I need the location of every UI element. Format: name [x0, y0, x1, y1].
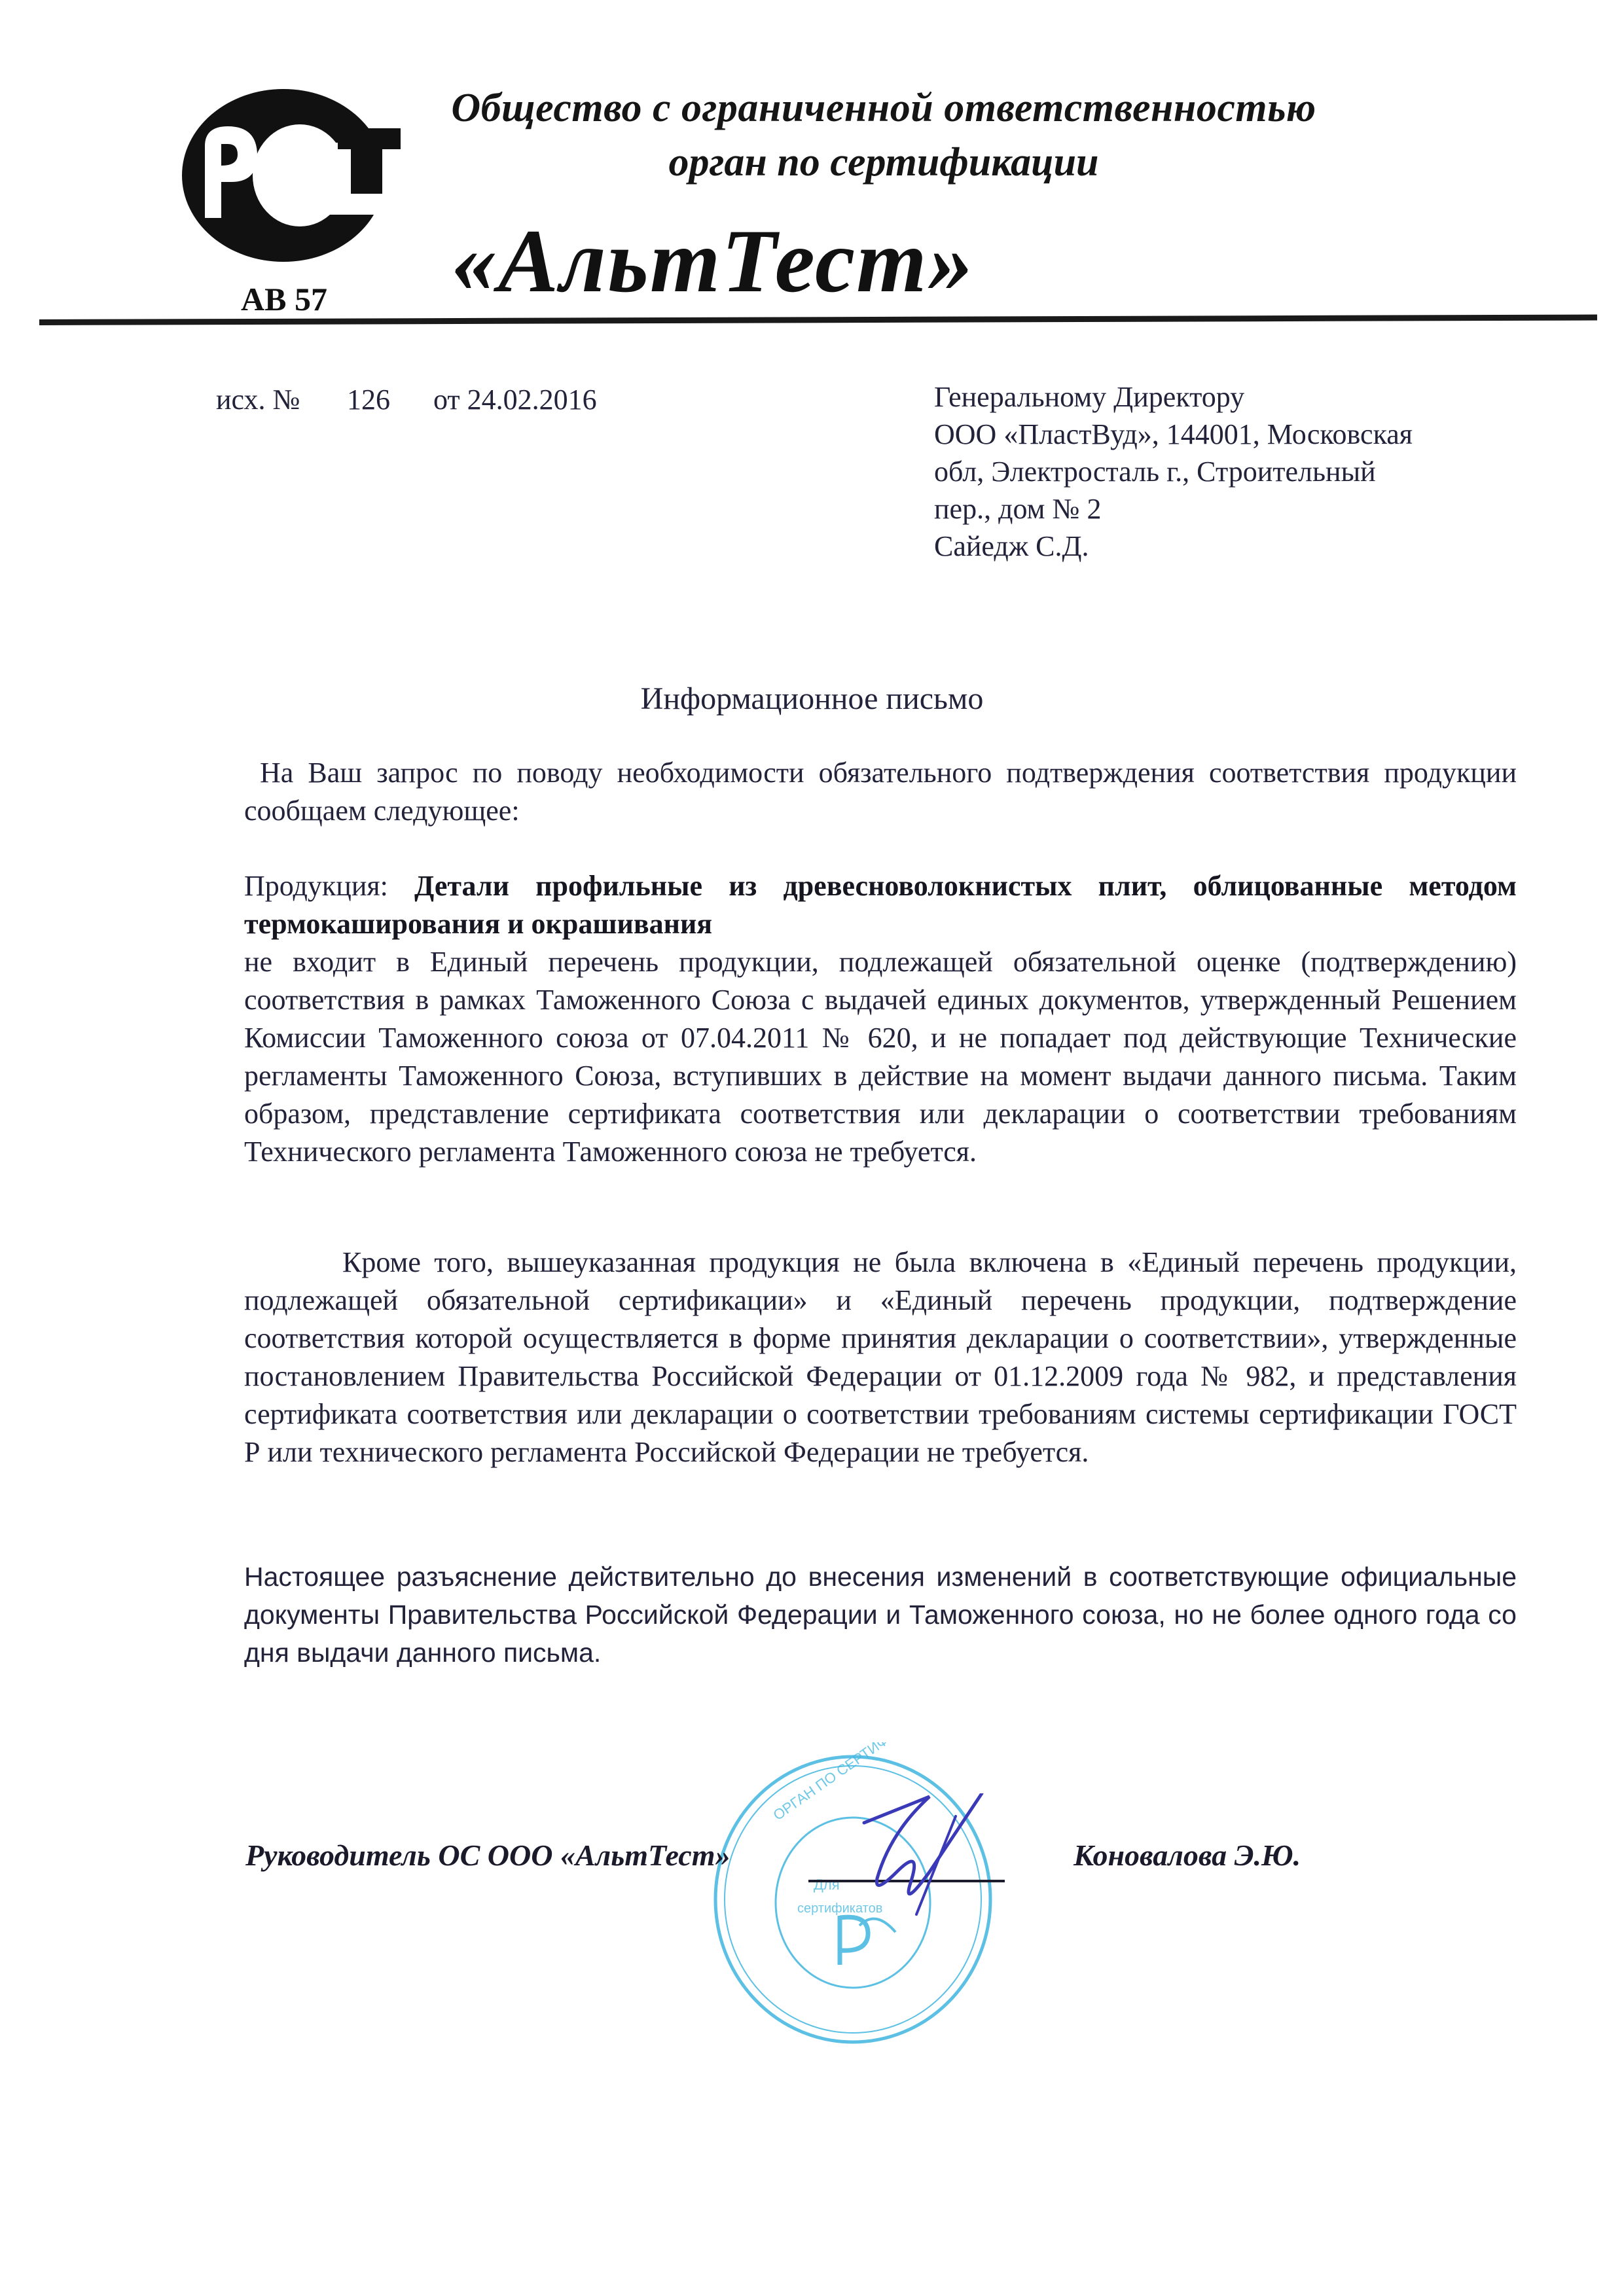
svg-text:Для: Для — [814, 1876, 840, 1893]
addressee-line: пер., дом № 2 — [934, 490, 1413, 528]
certification-code: АВ 57 — [241, 280, 327, 318]
reference-date: от 24.02.2016 — [433, 383, 597, 416]
org-name-line1: Общество с ограниченной ответственностью — [419, 85, 1348, 132]
product-label: Продукция: — [244, 870, 388, 902]
product-paragraph: Продукция: Детали профильные из древесно… — [244, 867, 1517, 1171]
addressee-block: Генеральному Директору ООО «ПластВуд», 1… — [934, 378, 1413, 565]
rst-logo-icon — [175, 84, 411, 267]
org-name-line2: орган по сертификации — [419, 139, 1348, 186]
paragraph-2: Кроме того, вышеуказанная продукция не б… — [244, 1244, 1517, 1471]
addressee-line: обл, Электросталь г., Строительный — [934, 453, 1413, 490]
addressee-line: ООО «ПластВуд», 144001, Московская — [934, 416, 1413, 453]
company-brand: «АльтТест» — [452, 216, 975, 306]
signatory-role: Руководитель ОС ООО «АльтТест» — [245, 1838, 731, 1873]
product-text: не входит в Единый перечень продукции, п… — [244, 946, 1517, 1168]
reference-number: 126 — [347, 383, 390, 416]
validity-note: Настоящее разъяснение действительно до в… — [244, 1558, 1517, 1672]
intro-paragraph: На Ваш запрос по поводу необходимости об… — [244, 754, 1517, 830]
document-title: Информационное письмо — [0, 681, 1624, 717]
product-name: Детали профильные из древесноволокнистых… — [244, 870, 1517, 940]
signatory-name: Коновалова Э.Ю. — [1074, 1838, 1301, 1873]
addressee-line: Генеральному Директору — [934, 378, 1413, 416]
reference-label: исх. № — [216, 383, 300, 416]
addressee-line: Сайедж С.Д. — [934, 528, 1413, 565]
handwritten-signature-icon — [851, 1793, 1008, 1918]
